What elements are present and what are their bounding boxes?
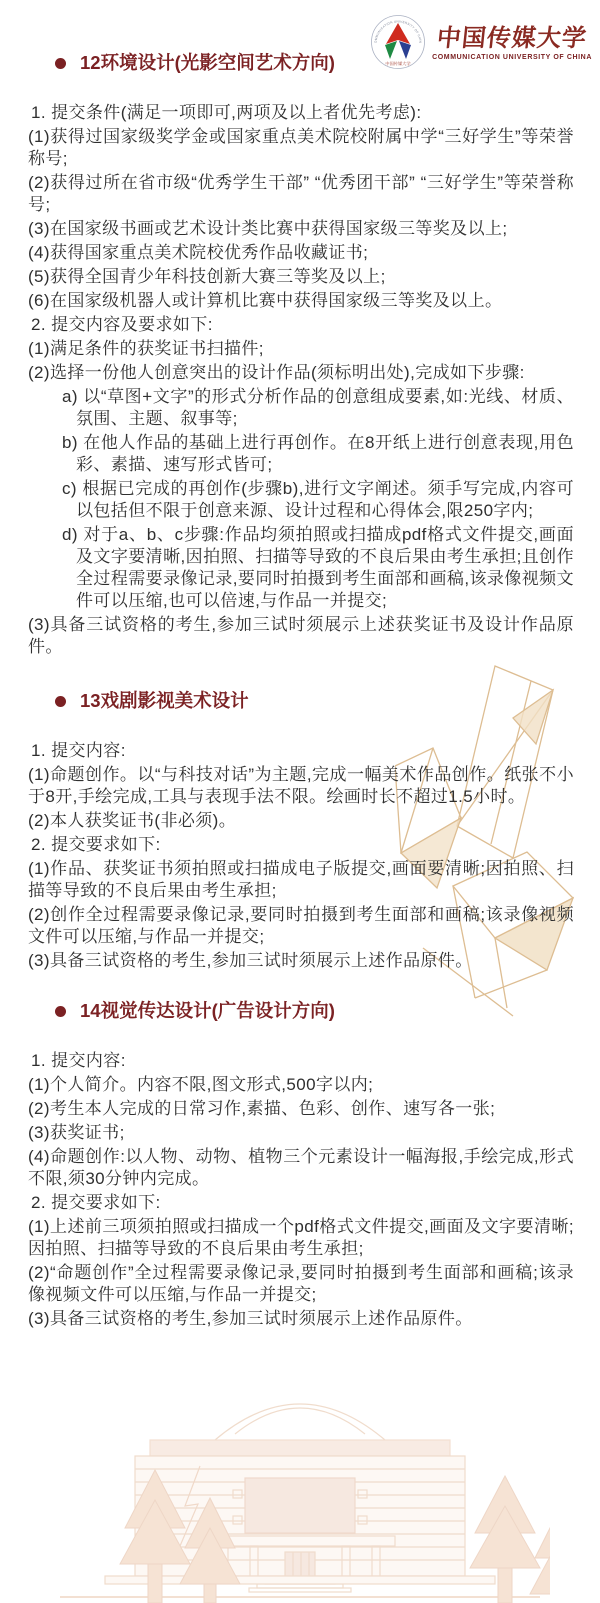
paragraph: (1)个人简介。内容不限,图文形式,500字以内; [28, 1074, 574, 1096]
paragraph: c) 根据已完成的再创作(步骤b),进行文字阐述。须手写完成,内容可以包括但不限… [62, 478, 574, 522]
paragraph: 2. 提交要求如下: [28, 834, 574, 856]
paragraph: (2)本人获奖证书(非必须)。 [28, 810, 574, 832]
section-heading: 14视觉传达设计(广告设计方向) [55, 1000, 574, 1022]
paragraph: (5)获得全国青少年科技创新大赛三等奖及以上; [28, 266, 574, 288]
bullet-icon [55, 58, 66, 69]
paragraph: 1. 提交内容: [28, 1050, 574, 1072]
paragraph: (1)命题创作。以“与科技对话”为主题,完成一幅美术作品创作。纸张不小于8开,手… [28, 764, 574, 808]
logo-cn-name: 中国传媒大学 [436, 24, 589, 52]
paragraph: (3)具备三试资格的考生,参加三试时须展示上述获奖证书及设计作品原件。 [28, 614, 574, 658]
section-heading: 12环境设计(光影空间艺术方向) [55, 52, 574, 74]
bullet-icon [55, 1006, 66, 1017]
paragraph: 1. 提交内容: [28, 740, 574, 762]
paragraph: (1)上述前三项须拍照或扫描成一个pdf格式文件提交,画面及文字要清晰;因拍照、… [28, 1216, 574, 1260]
paragraph: b) 在他人作品的基础上进行再创作。在8开纸上进行创意表现,用色彩、素描、速写形… [62, 432, 574, 476]
page: COMMUNICATION UNIVERSITY OF CHINA 中国传媒大学… [0, 0, 600, 1603]
paragraph: (4)命题创作:以人物、动物、植物三个元素设计一幅海报,手绘完成,形式不限,须3… [28, 1146, 574, 1190]
paragraph: (2)选择一份他人创意突出的设计作品(须标明出处),完成如下步骤: [28, 362, 574, 384]
paragraph: (2)“命题创作”全过程需要录像记录,要同时拍摄到考生面部和画稿;该录像视频文件… [28, 1262, 574, 1306]
watermark-building-illustration [50, 1378, 550, 1603]
section-title: 12环境设计(光影空间艺术方向) [80, 52, 335, 74]
document-body: 12环境设计(光影空间艺术方向)1. 提交条件(满足一项即可,两项及以上者优先考… [0, 52, 600, 1330]
paragraph: (1)作品、获奖证书须拍照或扫描成电子版提交,画面要清晰;因拍照、扫描等导致的不… [28, 858, 574, 902]
paragraph: (4)获得国家重点美术院校优秀作品收藏证书; [28, 242, 574, 264]
paragraph: (3)具备三试资格的考生,参加三试时须展示上述作品原件。 [28, 950, 574, 972]
paragraph: a) 以“草图+文字”的形式分析作品的创意组成要素,如:光线、材质、氛围、主题、… [62, 386, 574, 430]
section-14: 14视觉传达设计(广告设计方向)1. 提交内容:(1)个人简介。内容不限,图文形… [28, 1000, 574, 1330]
paragraph: (6)在国家级机器人或计算机比赛中获得国家级三等奖及以上。 [28, 290, 574, 312]
paragraph: 2. 提交要求如下: [28, 1192, 574, 1214]
paragraph: (1)获得过国家级奖学金或国家重点美术院校附属中学“三好学生”等荣誉称号; [28, 126, 574, 170]
paragraph: 2. 提交内容及要求如下: [28, 314, 574, 336]
section-title: 14视觉传达设计(广告设计方向) [80, 1000, 335, 1022]
paragraph: d) 对于a、b、c步骤:作品均须拍照或扫描成pdf格式文件提交,画面及文字要清… [62, 524, 574, 612]
paragraph: (3)具备三试资格的考生,参加三试时须展示上述作品原件。 [28, 1308, 574, 1330]
section-title: 13戏剧影视美术设计 [80, 690, 249, 712]
section-heading: 13戏剧影视美术设计 [55, 690, 574, 712]
bullet-icon [55, 696, 66, 707]
paragraph: (1)满足条件的获奖证书扫描件; [28, 338, 574, 360]
section-12: 12环境设计(光影空间艺术方向)1. 提交条件(满足一项即可,两项及以上者优先考… [28, 52, 574, 658]
section-13: 13戏剧影视美术设计1. 提交内容:(1)命题创作。以“与科技对话”为主题,完成… [28, 690, 574, 972]
paragraph: (3)获奖证书; [28, 1122, 574, 1144]
paragraph: (2)考生本人完成的日常习作,素描、色彩、创作、速写各一张; [28, 1098, 574, 1120]
paragraph: (2)获得过所在省市级“优秀学生干部” “优秀团干部” “三好学生”等荣誉称号; [28, 172, 574, 216]
paragraph: (2)创作全过程需要录像记录,要同时拍摄到考生面部和画稿;该录像视频文件可以压缩… [28, 904, 574, 948]
paragraph: (3)在国家级书画或艺术设计类比赛中获得国家级三等奖及以上; [28, 218, 574, 240]
paragraph: 1. 提交条件(满足一项即可,两项及以上者优先考虑): [28, 102, 574, 124]
